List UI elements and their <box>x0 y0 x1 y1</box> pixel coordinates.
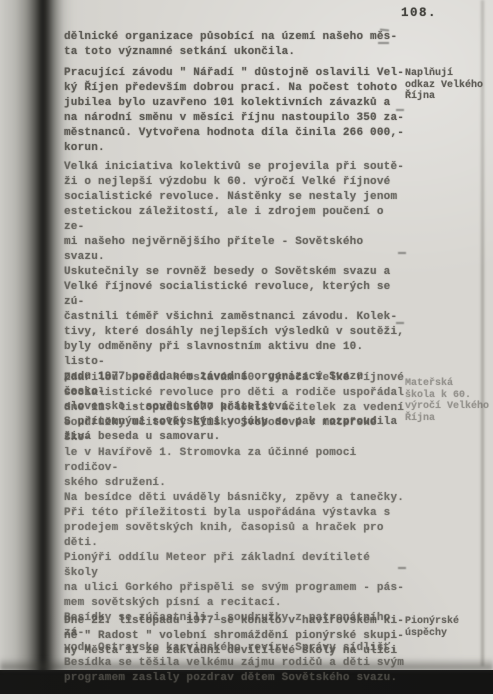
scan-bottom-margin <box>0 694 493 700</box>
pencil-mark <box>398 252 406 254</box>
pencil-mark <box>396 322 404 324</box>
margin-note: Naplňují odkaz Velkého Října <box>405 68 483 103</box>
paragraph: Pracující závodu " Nářadí " důstojně osl… <box>64 66 406 156</box>
pencil-mark <box>378 42 389 44</box>
book-binding-shadow <box>0 0 74 700</box>
pencil-mark <box>396 109 404 111</box>
page-number: 108. <box>401 6 437 20</box>
paragraph: Dne 22. listopadu 1977 se konalo v havíř… <box>64 614 406 659</box>
pencil-mark <box>398 567 406 569</box>
paragraph: dělnické organizace působící na území na… <box>64 30 406 60</box>
margin-note: Pionýrské úspěchy <box>405 616 459 639</box>
scanned-page: 108. dělnické organizace působící na úze… <box>0 0 493 700</box>
margin-note: Mateřská škola k 60. výročí Velkého Říjn… <box>405 378 489 424</box>
